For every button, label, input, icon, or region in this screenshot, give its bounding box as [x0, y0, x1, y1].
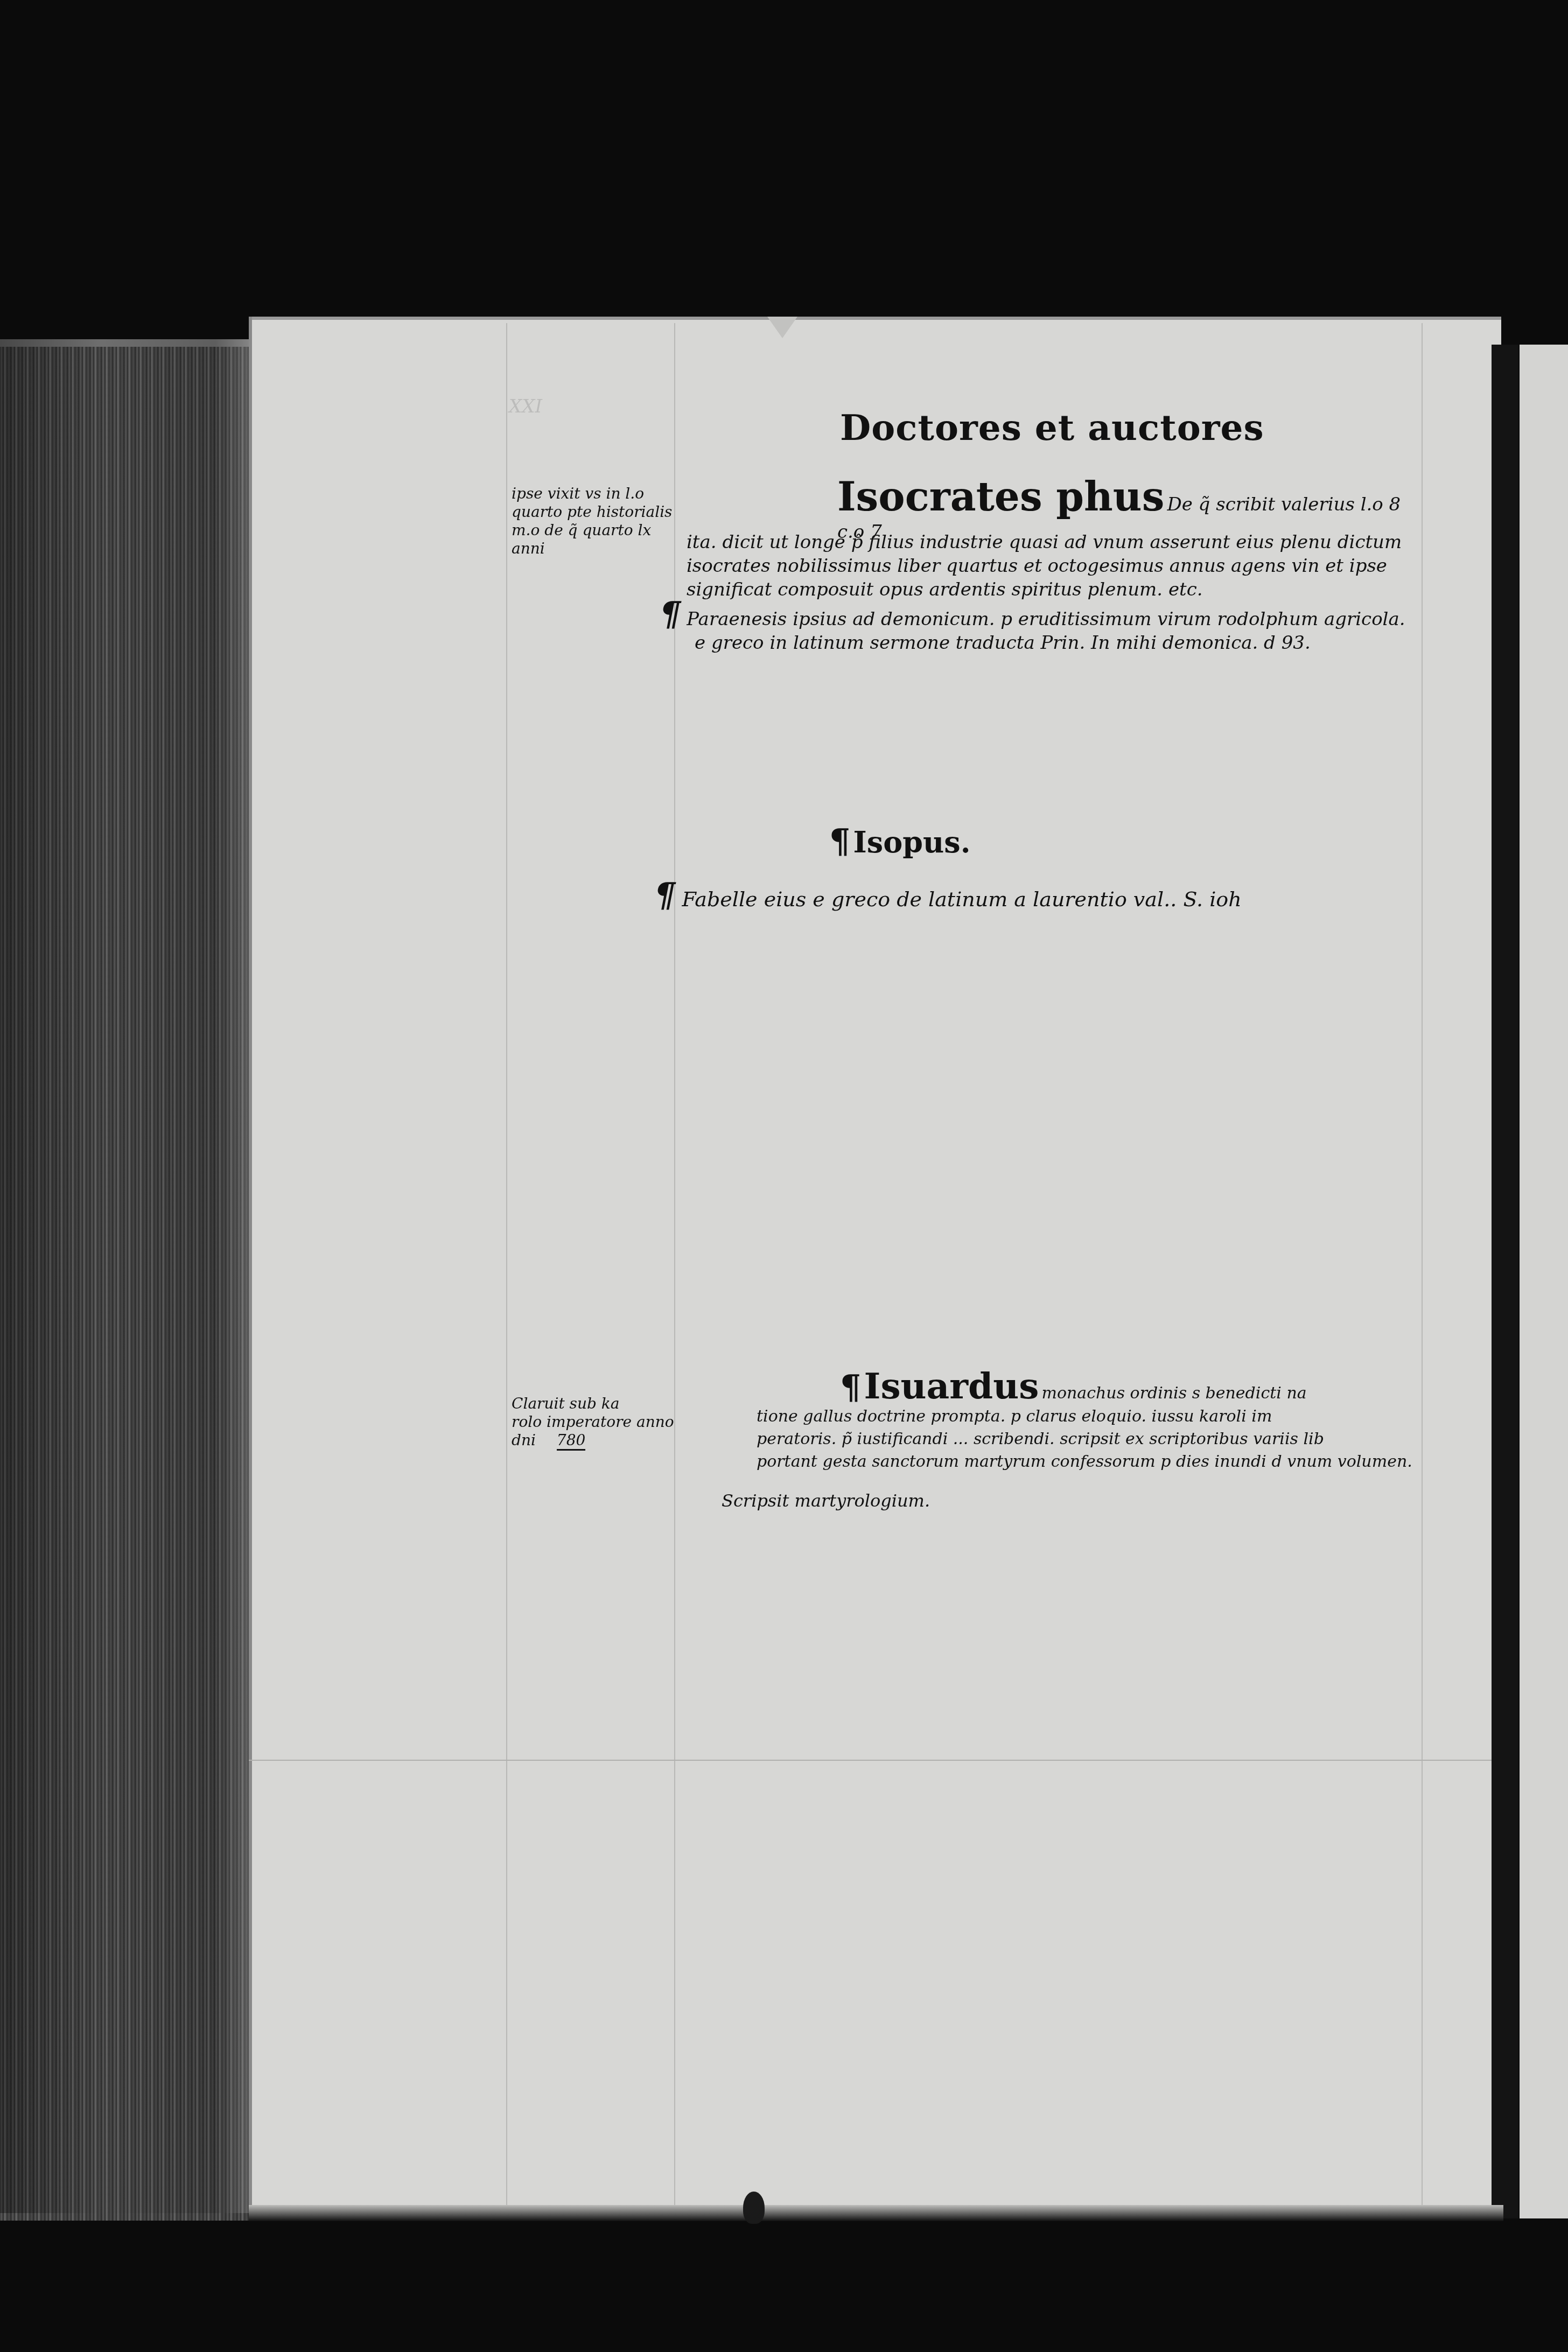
entry-line: significat composuit opus ardentis spiri… — [687, 578, 1424, 601]
margin-note-line: quarto pte historialis — [512, 503, 689, 521]
pilcrow-marker: ¶ — [654, 875, 675, 914]
fore-edge-shading — [0, 339, 253, 2213]
margin-note-line: anni — [512, 540, 689, 558]
ink-blot — [743, 2192, 765, 2224]
entry-isuardus-closing: Scripsit martyrologium. — [722, 1489, 930, 1513]
margin-note-line: rolo imperatore anno — [512, 1413, 689, 1431]
pilcrow-marker: ¶ — [829, 821, 850, 860]
entry-title: Isopus. — [853, 825, 971, 859]
entry-isuardus-body: tione gallus doctrine prompta. p clarus … — [757, 1405, 1430, 1473]
margin-note-line: dni — [512, 1431, 536, 1449]
margin-year: 780 — [557, 1431, 585, 1451]
margin-note-isuardus: Claruit sub ka rolo imperatore anno dni … — [512, 1395, 689, 1450]
entry-line: monachus ordinis s benedicti na — [1041, 1384, 1306, 1403]
ruling-line-bottom — [249, 1760, 1493, 1761]
entry-isocrates-subitem: ¶ Paraenesis ipsius ad demonicum. p erud… — [660, 602, 1430, 655]
margin-note-line: m.o de q̃ quarto lx — [512, 521, 689, 540]
entry-isuardus: ¶ Isuardus monachus ordinis s benedicti … — [840, 1365, 1427, 1407]
pilcrow-marker: ¶ — [840, 1367, 861, 1406]
subitem-line: Fabelle eius e greco de latinum a lauren… — [682, 887, 1242, 911]
entry-isopus: ¶ Isopus. — [829, 821, 970, 860]
entry-title: Isocrates phus — [837, 474, 1164, 520]
entry-line: peratoris. p̃ iustificandi ... scribendi… — [757, 1428, 1430, 1451]
running-heading: Doctores et auctores — [840, 407, 1264, 449]
entry-line: tione gallus doctrine prompta. p clarus … — [757, 1405, 1430, 1428]
subitem-line: e greco in latinum sermone traducta Prin… — [660, 631, 1430, 655]
pilcrow-marker: ¶ — [660, 594, 681, 633]
book-gutter — [1492, 345, 1518, 2218]
facing-page-edge — [1520, 345, 1568, 2218]
margin-note-line: ipse vixit vs in l.o — [512, 485, 689, 503]
subitem-line: Paraenesis ipsius ad demonicum. p erudit… — [687, 608, 1405, 630]
entry-line: portant gesta sanctorum martyrum confess… — [757, 1451, 1430, 1473]
entry-line: ita. dicit ut longe p̃ filius industrie … — [687, 530, 1424, 554]
margin-note-line: Claruit sub ka — [512, 1395, 689, 1413]
margin-note-isocrates: ipse vixit vs in l.o quarto pte historia… — [512, 485, 689, 558]
bleedthrough-page-number: XXI — [509, 396, 542, 417]
entry-isopus-subitem: ¶ Fabelle eius e greco de latinum a laur… — [654, 883, 1424, 911]
page-bottom-edge — [249, 2205, 1503, 2221]
ruling-line-left-margin — [506, 323, 507, 2208]
page-top-notch — [767, 317, 797, 338]
entry-title: Isuardus — [864, 1365, 1039, 1407]
entry-line: isocrates nobilissimus liber quartus et … — [687, 554, 1424, 578]
entry-isocrates-body: ita. dicit ut longe p̃ filius industrie … — [687, 530, 1424, 601]
